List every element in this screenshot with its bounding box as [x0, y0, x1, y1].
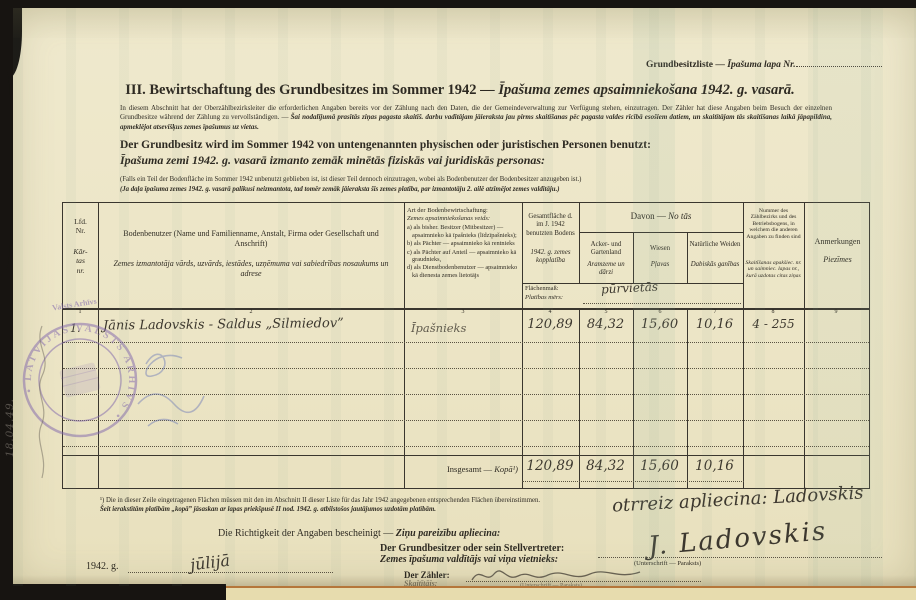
col-number: 8 — [767, 309, 779, 315]
col9-header-de: Anmerkungen — [806, 237, 869, 247]
col2-header-de: Bodenbenutzer (Name und Familienname, An… — [107, 229, 395, 249]
totals-wiesen: 15,60 — [634, 458, 685, 474]
list-label-de: Grundbesitzliste — — [646, 60, 725, 70]
totals-weiden: 10,16 — [688, 458, 741, 474]
title-lv: Īpašuma zemes apsaimniekošana 1942. g. v… — [498, 82, 794, 98]
col4-header-de: Gesamtfläche d. im J. 1942 benutzten Bod… — [524, 213, 577, 238]
intro-text: In diesem Abschnitt hat der Oberzählbezi… — [120, 104, 832, 132]
col-number: 6 — [654, 309, 666, 315]
footnote-de: ¹) Die in dieser Zeile eingetragenen Flä… — [100, 496, 648, 505]
totals-dotted-line — [522, 481, 744, 482]
list-number-line: Grundbesitzliste — Īpašuma lapa Nr. — [646, 57, 882, 70]
table-rule — [687, 232, 688, 283]
footnote-lv: Šeit ierakstītām platībām „kopā” jāsaska… — [100, 505, 648, 514]
flaechenmass-value-handwritten: pūrvietās — [601, 280, 659, 297]
col3-item-a: a) als bisher. Besitzer (Mitbesitzer) — … — [407, 224, 519, 239]
col8-header-de: Nummer des Zählbezirks und des Betriebsb… — [745, 208, 802, 240]
col-number: 3 — [457, 309, 469, 315]
col9-header-lv: Piezīmes — [806, 255, 869, 265]
col2-header-lv: Zemes izmantotāja vārds, uzvārds, iestād… — [107, 259, 395, 279]
col3-header: Art der Bodenbewirtschaftung: Zemes apsa… — [407, 207, 519, 279]
col3-item-d: d) als Dienstbodenbenutzer — apsaimnieko… — [407, 264, 519, 279]
col8-header-lv: Skaitīšanas apakšiec. nr. un saimniec. l… — [745, 260, 802, 279]
col3-item-b: b) als Pächter — apsaimnieko kā rentniek… — [407, 240, 519, 247]
flaechenmass-dotted-line — [583, 303, 741, 304]
row1-wiesen: 15,60 — [634, 317, 685, 332]
year-label: 1942. g. — [86, 561, 119, 572]
paren-lv: (Ja daļa īpašuma zemes 1942. g. vasarā p… — [120, 186, 560, 193]
col5-header-lv: Aramzeme un dārzi — [581, 261, 631, 278]
col1-header-de: Lfd. Nr. — [63, 217, 98, 236]
margin-pencil-scribble — [32, 322, 54, 482]
scanned-form-page: Grundbesitzliste — Īpašuma lapa Nr. III.… — [0, 0, 916, 600]
col-number: 5 — [600, 309, 612, 315]
table-rule — [579, 232, 743, 233]
heading-de: Der Grundbesitz wird im Sommer 1942 von … — [120, 139, 651, 151]
row1-total: 120,89 — [523, 317, 577, 332]
flaechenmass-de: Flächenmaß: — [525, 285, 559, 292]
col4-header-lv: 1942. g. zemes kopplatība — [524, 249, 577, 266]
col-number: 4 — [544, 309, 556, 315]
col5-header-de: Acker- und Gartenland — [581, 241, 631, 258]
certify-lv: Ziņu pareizību apliecina: — [396, 528, 500, 539]
davon-de: Davon — — [631, 211, 666, 221]
col7-header-de: Natürliche Weiden — [689, 241, 741, 249]
totals-total: 120,89 — [523, 458, 577, 474]
title-de: III. Bewirtschaftung des Grundbesitzes i… — [125, 82, 494, 98]
certify-de: Die Richtigkeit der Angaben bescheinigt … — [218, 528, 393, 539]
col3-item-c: c) als Pächter auf Anteil — apsaimnieko … — [407, 249, 519, 264]
torn-edge — [0, 70, 12, 270]
bottom-dark-area — [0, 584, 226, 600]
table-rule — [63, 455, 869, 456]
table-rule — [633, 232, 634, 283]
dotted-fill — [796, 57, 882, 67]
row-dotted-line — [63, 446, 869, 447]
blue-pencil-scribble — [118, 342, 258, 442]
row1-bezirk: 4 - 255 — [746, 317, 801, 331]
col6-header-de: Wiesen — [635, 245, 685, 253]
totals-label: Insgesamt — Kopā¹) — [333, 464, 518, 474]
signature-line — [598, 557, 882, 558]
paren-de: (Falls ein Teil der Bodenfläche im Somme… — [120, 176, 581, 183]
flaechenmass-lv: Platības mērs: — [525, 294, 563, 301]
row1-weiden: 10,16 — [688, 317, 741, 332]
totals-label-lv: Kopā¹) — [494, 464, 518, 474]
row1-name: Jānis Ladovskis - Saldus „Silmiedov” — [103, 315, 403, 333]
col6-header-lv: Pļavas — [635, 261, 685, 269]
heading-lv: Īpašuma zemi 1942. g. vasarā izmanto zem… — [120, 153, 545, 168]
col3-header-de: Art der Bodenbewirtschaftung: — [407, 207, 519, 215]
list-label-lv: Īpašuma lapa Nr. — [727, 60, 795, 70]
col7-header-lv: Dabiskās ganības — [689, 261, 741, 269]
row1-acker: 84,32 — [580, 317, 631, 332]
certify-line: Die Richtigkeit der Angaben bescheinigt … — [218, 528, 500, 539]
totals-acker: 84,32 — [580, 458, 631, 474]
col-number: 9 — [830, 309, 842, 315]
col3-header-lv: Zemes apsaimniekošanas veids: — [407, 215, 519, 223]
row1-art: Īpašnieks — [411, 321, 466, 335]
footnote: ¹) Die in dieser Zeile eingetragenen Flä… — [100, 496, 648, 514]
page-title: III. Bewirtschaftung des Grundbesitzes i… — [60, 82, 860, 99]
date-line — [128, 572, 333, 573]
col-number: 2 — [245, 309, 257, 315]
col-number: 7 — [709, 309, 721, 315]
under-sheet-edge — [224, 586, 916, 600]
col1-header-lv: Kār- tas nr. — [63, 247, 98, 275]
totals-label-de: Insgesamt — — [447, 464, 492, 474]
davon-lv: No tās — [668, 211, 691, 221]
owner-label-de: Der Grundbesitzer oder sein Stellvertret… — [380, 543, 564, 554]
margin-date-note: 18.04.49. — [4, 398, 16, 457]
davon-header: Davon — No tās — [579, 211, 743, 221]
